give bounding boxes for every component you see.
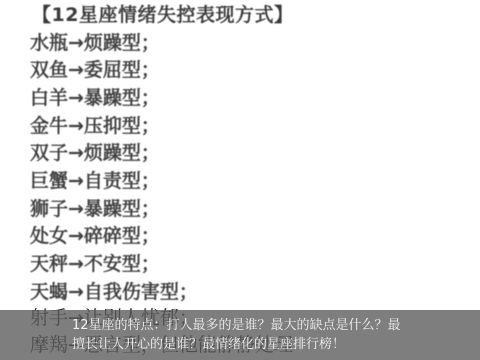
caption-text: 12星座的特点：打人最多的是谁？最大的缺点是什么？最擅长让人开心的是谁？最情绪化… (72, 316, 412, 354)
list-item: 天秤→不安型； (30, 249, 160, 276)
list-item: 双子→烦躁型； (30, 138, 160, 165)
list-item: 金牛→压抑型； (30, 111, 160, 138)
article-title: 【12星座情绪失控表现方式】 (32, 0, 293, 27)
list-item: 双鱼→委屈型； (30, 55, 160, 82)
list-item: 处女→碎碎型； (30, 221, 160, 248)
list-item: 巨蟹→自责型； (30, 166, 160, 193)
list-item: 狮子→暴躁型； (30, 194, 160, 221)
list-item: 天蝎→自我伤害型； (30, 277, 198, 304)
list-item: 水瓶→烦躁型； (30, 28, 160, 55)
article-image: 【12星座情绪失控表现方式】 水瓶→烦躁型； 双鱼→委屈型； 白羊→暴躁型； 金… (0, 0, 480, 360)
list-item: 白羊→暴躁型； (30, 83, 160, 110)
